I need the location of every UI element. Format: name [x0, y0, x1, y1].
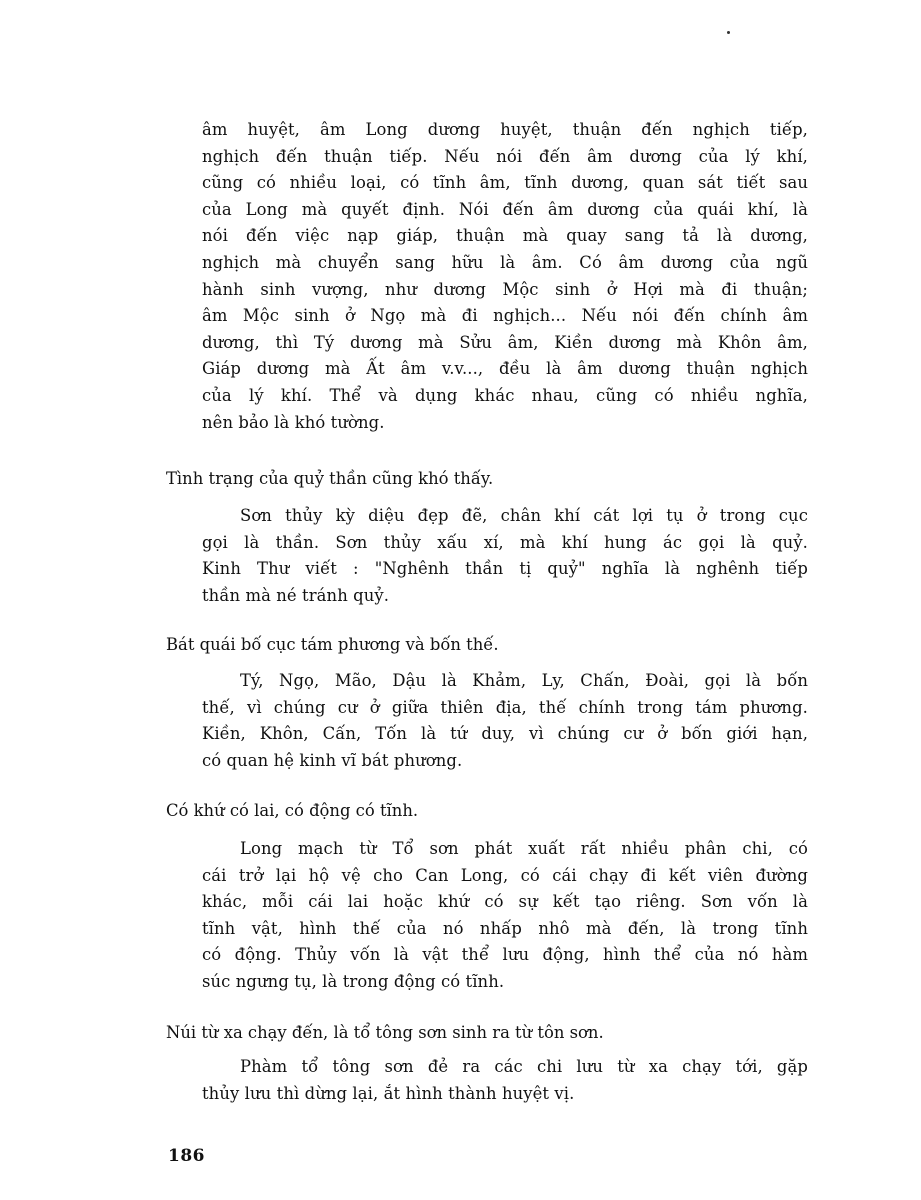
section-paragraph: Sơn thủy kỳ diệu đẹp đẽ, chân khí cát lợ…: [202, 503, 808, 609]
scan-speck: [727, 31, 730, 34]
text-line: có động. Thủy vốn là vật thể lưu động, h…: [202, 942, 808, 969]
text-line: gọi là thần. Sơn thủy xấu xí, mà khí hun…: [202, 530, 808, 557]
text-line: âm huyệt, âm Long dương huyệt, thuận đến…: [202, 117, 808, 144]
text-line: Long mạch từ Tổ sơn phát xuất rất nhiều …: [202, 836, 808, 863]
paragraph-continuation: âm huyệt, âm Long dương huyệt, thuận đến…: [202, 117, 808, 436]
text-line: nghịch đến thuận tiếp. Nếu nói đến âm dư…: [202, 144, 808, 171]
section-heading: Có khứ có lai, có động có tĩnh.: [166, 798, 418, 824]
section-heading: Tình trạng của quỷ thần cũng khó thấy.: [166, 466, 493, 492]
text-line: hành sinh vượng, như dương Mộc sinh ở Hợ…: [202, 277, 808, 304]
section-paragraph: Tý, Ngọ, Mão, Dậu là Khảm, Ly, Chấn, Đoà…: [202, 668, 808, 774]
section-heading: Núi từ xa chạy đến, là tổ tông sơn sinh …: [166, 1020, 604, 1046]
text-line: Giáp dương mà Ất âm v.v..., đều là âm dư…: [202, 356, 808, 383]
text-line: cũng có nhiều loại, có tĩnh âm, tĩnh dươ…: [202, 170, 808, 197]
text-line: thế, vì chúng cư ở giữa thiên địa, thế c…: [202, 695, 808, 722]
text-line: súc ngưng tụ, là trong động có tĩnh.: [202, 969, 808, 996]
text-line: nói đến việc nạp giáp, thuận mà quay san…: [202, 223, 808, 250]
text-line: tĩnh vật, hình thế của nó nhấp nhô mà đế…: [202, 916, 808, 943]
text-line: thủy lưu thì dừng lại, ắt hình thành huy…: [202, 1081, 808, 1108]
text-line: nên bảo là khó tường.: [202, 410, 808, 437]
text-line: Kinh Thư viết : "Nghênh thần tị quỷ" ngh…: [202, 556, 808, 583]
text-line: âm Mộc sinh ở Ngọ mà đi nghịch... Nếu nó…: [202, 303, 808, 330]
text-line: Kiền, Khôn, Cấn, Tốn là tứ duy, vì chúng…: [202, 721, 808, 748]
text-line: của Long mà quyết định. Nói đến âm dương…: [202, 197, 808, 224]
text-line: Sơn thủy kỳ diệu đẹp đẽ, chân khí cát lợ…: [202, 503, 808, 530]
section-paragraph: Phàm tổ tông sơn đẻ ra các chi lưu từ xa…: [202, 1054, 808, 1107]
section-heading: Bát quái bố cục tám phương và bốn thế.: [166, 632, 499, 658]
text-line: dương, thì Tý dương mà Sửu âm, Kiền dươn…: [202, 330, 808, 357]
text-line: Tý, Ngọ, Mão, Dậu là Khảm, Ly, Chấn, Đoà…: [202, 668, 808, 695]
text-line: cái trở lại hộ vệ cho Can Long, có cái c…: [202, 863, 808, 890]
text-line: khác, mỗi cái lai hoặc khứ có sự kết tạo…: [202, 889, 808, 916]
book-page: âm huyệt, âm Long dương huyệt, thuận đến…: [0, 0, 921, 1200]
text-line: Phàm tổ tông sơn đẻ ra các chi lưu từ xa…: [202, 1054, 808, 1081]
text-line: nghịch mà chuyển sang hữu là âm. Có âm d…: [202, 250, 808, 277]
text-line: thần mà né tránh quỷ.: [202, 583, 808, 610]
page-number: 186: [168, 1146, 205, 1166]
text-line: có quan hệ kinh vĩ bát phương.: [202, 748, 808, 775]
text-line: của lý khí. Thể và dụng khác nhau, cũng …: [202, 383, 808, 410]
section-paragraph: Long mạch từ Tổ sơn phát xuất rất nhiều …: [202, 836, 808, 996]
